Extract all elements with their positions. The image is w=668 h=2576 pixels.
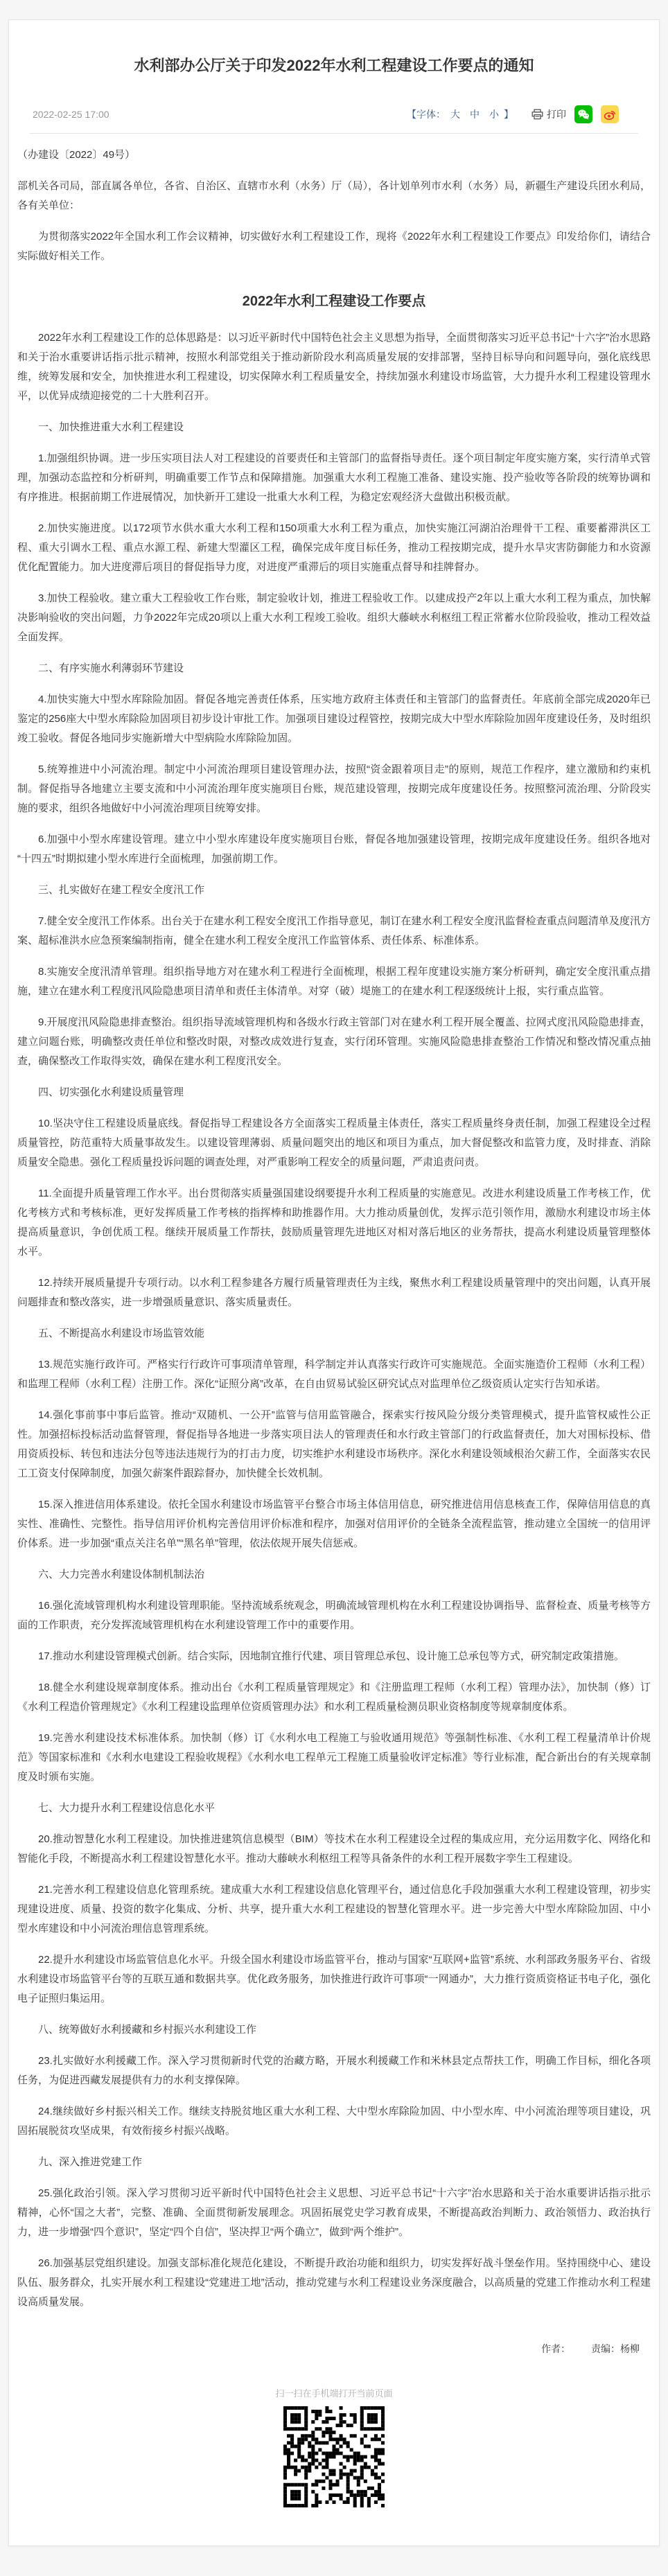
font-size-medium-button[interactable]: 中 (470, 107, 480, 121)
meta-row: 2022-02-25 17:00 【字体： 大 中 小 】 打印 (9, 86, 659, 133)
wechat-icon (577, 107, 590, 121)
section-heading: 四、切实强化水利建设质量管理 (17, 1083, 651, 1102)
wechat-share-button[interactable] (574, 105, 592, 123)
printer-icon (531, 109, 543, 120)
article-content: （办建设〔2022〕49号） 部机关各司局，部直属各单位，各省、自治区、直辖市水… (9, 145, 659, 2312)
header-divider (30, 133, 638, 134)
section-heading: 一、加快推进重大水利工程建设 (17, 418, 651, 437)
section-heading: 二、有序实施水利薄弱环节建设 (17, 659, 651, 678)
body-paragraph: 19.完善水利建设技术标准体系。加快制（修）订《水利水电工程施工与验收通用规范》… (17, 1729, 651, 1787)
body-paragraph: 2022年水利工程建设工作的总体思路是：以习近平新时代中国特色社会主义思想为指导… (17, 328, 651, 406)
body-paragraph: 23.扎实做好水利援藏工作。深入学习贯彻新时代党的治藏方略，开展水利援藏工作和米… (17, 2052, 651, 2090)
section-heading: 三、扎实做好在建工程安全度汛工作 (17, 881, 651, 900)
body-paragraph: 16.强化流域管理机构水利建设管理职能。坚持流域系统观念，明确流域管理机构在水利… (17, 1596, 651, 1635)
print-button[interactable]: 打印 (531, 107, 566, 121)
body-paragraph: 12.持续开展质量提升专项行动。以水利工程参建各方履行质量管理责任为主线，聚焦水… (17, 1273, 651, 1312)
body-paragraph: 11.全面提升质量管理工作水平。出台贯彻落实质量强国建设纲要提升水利工程质量的实… (17, 1184, 651, 1262)
article-toolbar: 【字体： 大 中 小 】 打印 (407, 105, 619, 123)
body-paragraph: 21.完善水利工程建设信息化管理系统。建成重大水利工程建设信息化管理平台，通过信… (17, 1880, 651, 1939)
section-heading: 七、大力提升水利工程建设信息化水平 (17, 1799, 651, 1818)
body-paragraph: 10.坚决守住工程建设质量底线。督促指导工程建设各方全面落实工程质量主体责任，落… (17, 1114, 651, 1172)
body-paragraph: 8.实施安全度汛清单管理。组织指导地方对在建水利工程进行全面梳理，根据工程年度建… (17, 962, 651, 1001)
article-body: 2022年水利工程建设工作的总体思路是：以习近平新时代中国特色社会主义思想为指导… (17, 328, 651, 2312)
body-paragraph: 7.健全安全度汛工作体系。出台关于在建水利工程安全度汛工作指导意见，制订在建水利… (17, 912, 651, 951)
publish-date: 2022-02-25 17:00 (33, 109, 109, 120)
document-number: （办建设〔2022〕49号） (17, 145, 651, 165)
article-card: 水利部办公厅关于印发2022年水利工程建设工作要点的通知 2022-02-25 … (8, 19, 660, 2546)
salutation: 部机关各司局，部直属各单位，各省、自治区、直辖市水利（水务）厅（局），各计划单列… (17, 177, 651, 215)
qr-caption: 扫一扫在手机端打开当前页面 (9, 2386, 659, 2399)
body-paragraph: 22.提升水利建设市场监管信息化水平。升级全国水利建设市场监管平台，推动与国家“… (17, 1950, 651, 2009)
body-paragraph: 15.深入推进信用体系建设。依托全国水利建设市场监管平台整合市场主体信用信息，研… (17, 1495, 651, 1553)
body-paragraph: 25.强化政治引领。深入学习贯彻习近平新时代中国特色社会主义思想、习近平总书记“… (17, 2184, 651, 2242)
body-paragraph: 26.加强基层党组织建设。加强支部标准化规范化建设，不断提升政治功能和组织力，切… (17, 2254, 651, 2312)
body-paragraph: 17.推动水利建设管理模式创新。结合实际，因地制宜推行代建、项目管理总承包、设计… (17, 1647, 651, 1666)
font-size-small-button[interactable]: 小 (489, 107, 499, 121)
font-label-close: 】 (504, 107, 513, 121)
qr-code-image (283, 2406, 385, 2507)
body-paragraph: 2.加快实施进度。以172项节水供水重大水利工程和150项重大水利工程为重点，加… (17, 519, 651, 577)
body-paragraph: 24.继续做好乡村振兴相关工作。继续支持脱贫地区重大水利工程、大中型水库除险加固… (17, 2102, 651, 2141)
weibo-icon (603, 107, 617, 121)
body-paragraph: 5.统筹推进中小河流治理。制定中小河流治理项目建设管理办法，按照“资金跟着项目走… (17, 760, 651, 818)
section-heading: 九、深入推进党建工作 (17, 2153, 651, 2172)
intro-paragraph: 为贯彻落实2022年全国水利工作会议精神，切实做好水利工程建设工作，现将《202… (17, 227, 651, 266)
body-paragraph: 14.强化事前事中事后监管。推动“双随机、一公开”监管与信用监管融合，探索实行按… (17, 1406, 651, 1483)
body-paragraph: 4.加快实施大中型水库除险加固。督促各地完善责任体系，压实地方政府主体责任和主管… (17, 690, 651, 748)
weibo-share-button[interactable] (601, 105, 619, 123)
body-paragraph: 13.规范实施行政许可。严格实行行政许可事项清单管理，科学制定并认真落实行政许可… (17, 1355, 651, 1394)
editor-label: 责编：杨柳 (591, 2343, 640, 2354)
qr-code (283, 2406, 385, 2507)
body-paragraph: 20.推动智慧化水利工程建设。加快推进建筑信息模型（BIM）等技术在水利工程建设… (17, 1830, 651, 1869)
page-title: 水利部办公厅关于印发2022年水利工程建设工作要点的通知 (9, 30, 659, 76)
body-paragraph: 18.健全水利建设规章制度体系。推动出台《水利工程质量管理规定》和《注册监理工程… (17, 1678, 651, 1717)
body-paragraph: 6.加强中小型水库建设管理。建立中小型水库建设年度实施项目台账，督促各地加强建设… (17, 830, 651, 869)
body-paragraph: 9.开展度汛风险隐患排查整治。组织指导流域管理机构和各级水行政主管部门对在建水利… (17, 1013, 651, 1071)
font-size-control: 【字体： 大 中 小 】 (407, 107, 513, 121)
document-heading: 2022年水利工程建设工作要点 (17, 291, 651, 312)
author-label: 作者： (541, 2343, 570, 2354)
font-label-open: 【字体： (407, 107, 446, 121)
qr-section: 扫一扫在手机端打开当前页面 (9, 2386, 659, 2511)
body-paragraph: 3.加快工程验收。建立重大工程验收工作台账，制定验收计划，推进工程验收工作。以建… (17, 589, 651, 647)
section-heading: 五、不断提高水利建设市场监管效能 (17, 1324, 651, 1343)
author-line: 作者： 责编：杨柳 (9, 2324, 659, 2356)
section-heading: 六、大力完善水利建设体制机制法治 (17, 1565, 651, 1585)
section-heading: 八、统筹做好水利援藏和乡村振兴水利建设工作 (17, 2020, 651, 2040)
print-label: 打印 (547, 107, 566, 121)
body-paragraph: 1.加强组织协调。进一步压实项目法人对工程建设的首要责任和主管部门的监督指导责任… (17, 449, 651, 507)
font-size-large-button[interactable]: 大 (450, 107, 460, 121)
